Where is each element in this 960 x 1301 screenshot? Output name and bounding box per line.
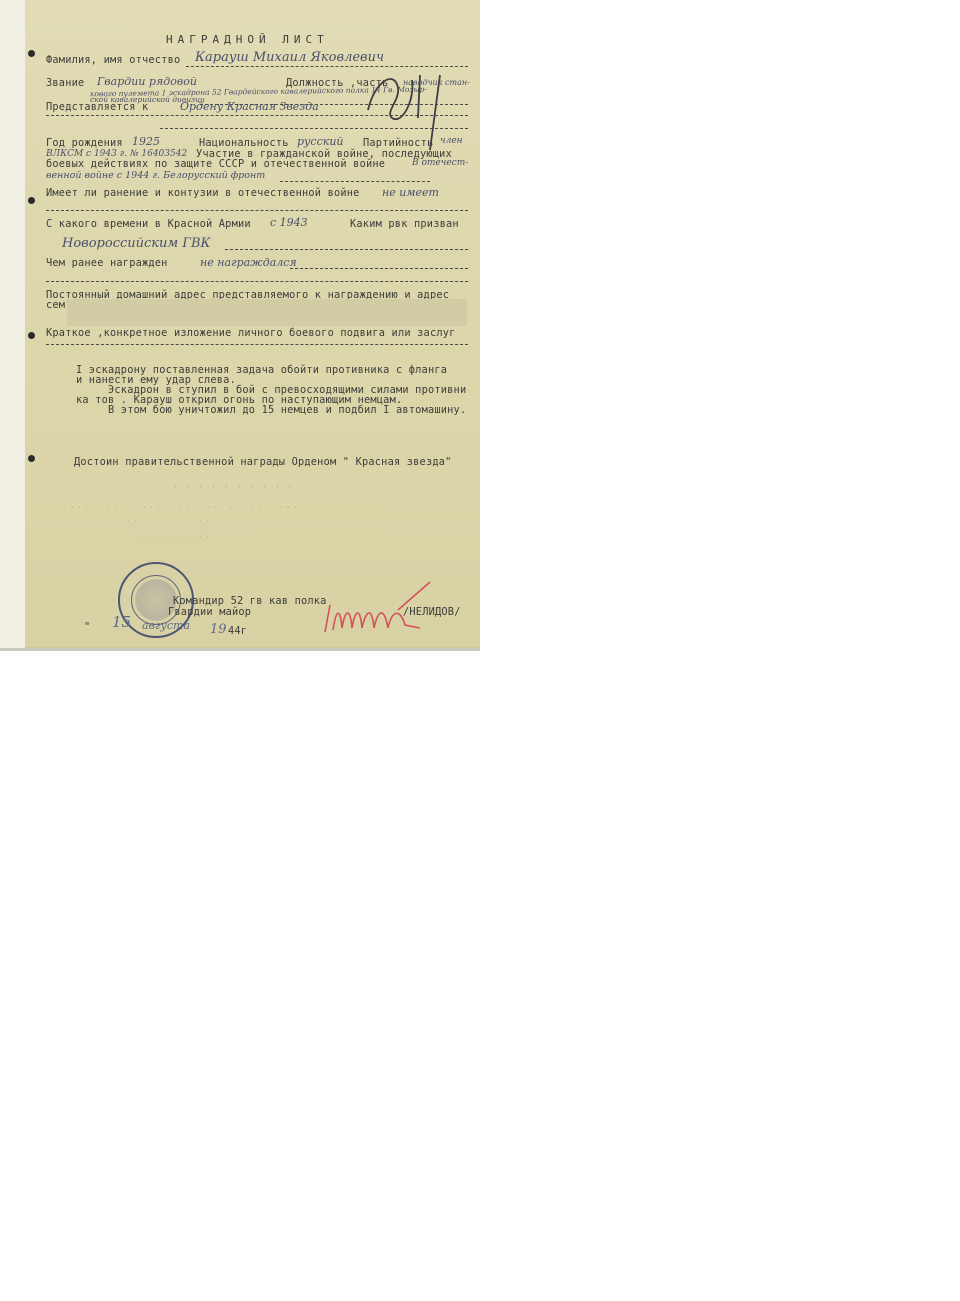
red-signature xyxy=(325,582,430,632)
scanned-document: НАГРАДНОЙ ЛИСТ Фамилия, имя отчество Кар… xyxy=(0,0,480,650)
handwriting-overlay xyxy=(0,0,480,650)
margin-number-strokes xyxy=(368,75,440,150)
